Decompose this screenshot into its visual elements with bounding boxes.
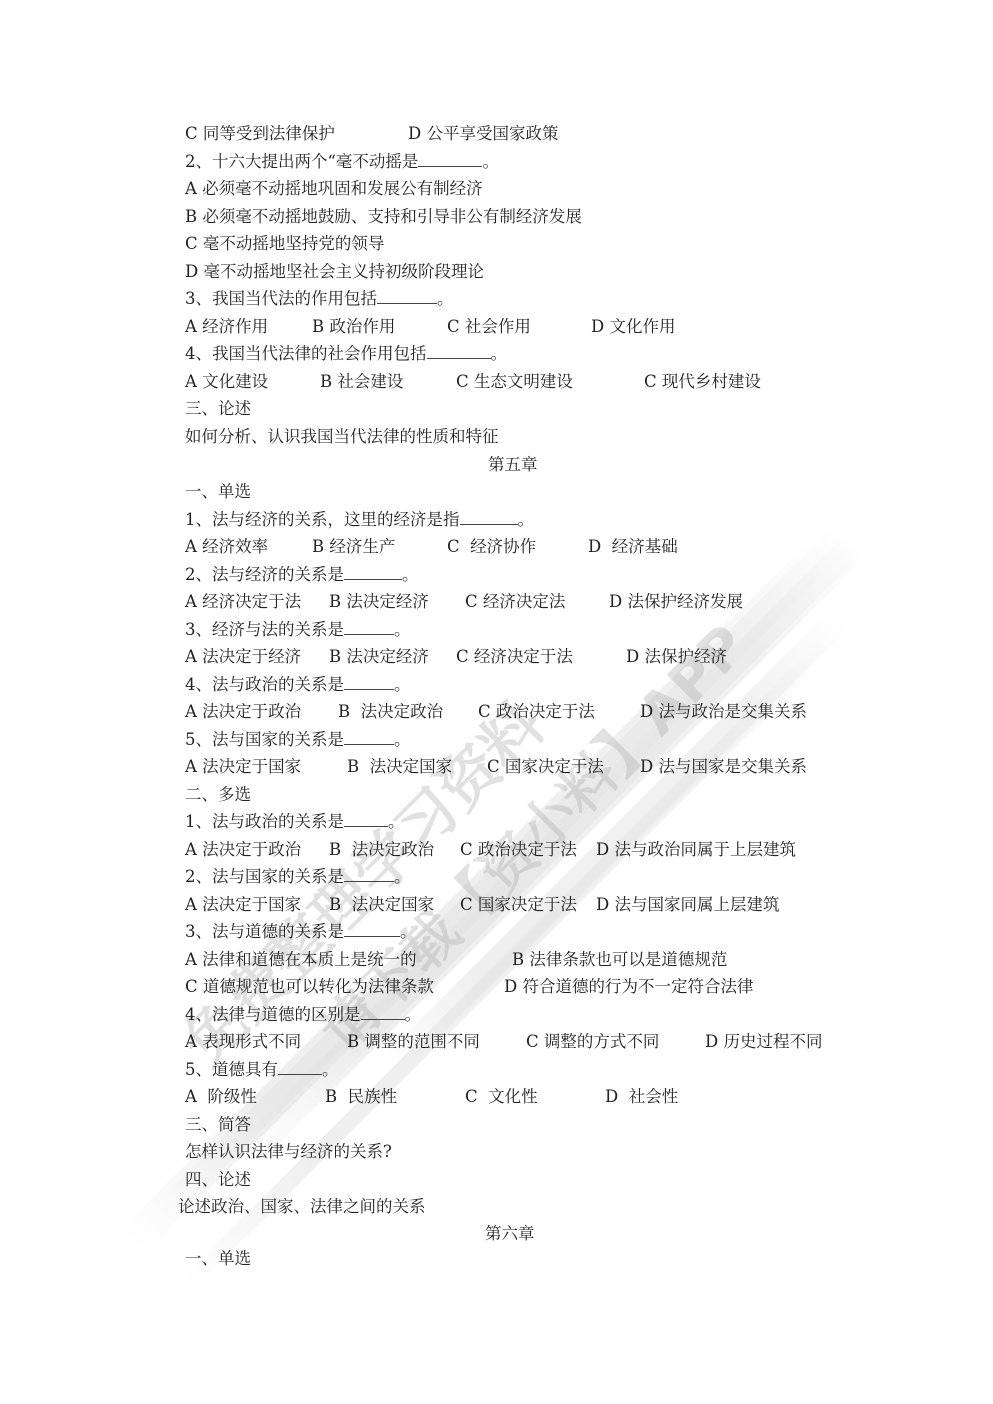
text-line: 一、单选 bbox=[185, 481, 251, 503]
document-page: 免费整理学习资料请下载【资小料】APP C 同等受到法律保护D 公平享受国家政策… bbox=[0, 0, 993, 1404]
line-text: 第五章 bbox=[488, 455, 538, 474]
question-text: 4、法与政治的关系是。 bbox=[185, 674, 411, 696]
line-text: 三、简答 bbox=[185, 1115, 251, 1134]
fill-blank bbox=[344, 730, 394, 745]
answer-option: B 调整的范围不同 bbox=[347, 1031, 480, 1053]
text-line: 二、多选 bbox=[185, 784, 251, 806]
question-text: 5、道德具有。 bbox=[185, 1059, 339, 1081]
chapter-heading: 第五章 bbox=[488, 454, 538, 476]
fill-blank bbox=[344, 922, 400, 937]
line-end-punctuation: 。 bbox=[437, 289, 454, 308]
question-text: 4、我国当代法律的社会作用包括。 bbox=[185, 343, 507, 365]
line-end-punctuation: 。 bbox=[491, 344, 508, 363]
text-line: 三、简答 bbox=[185, 1114, 251, 1136]
text-line: 怎样认识法律与经济的关系? bbox=[185, 1141, 392, 1163]
line-text: 3、经济与法的关系是 bbox=[185, 620, 344, 639]
text-line: A 必须毫不动摇地巩固和发展公有制经济 bbox=[185, 178, 483, 200]
line-text: 2、法与经济的关系是 bbox=[185, 565, 344, 584]
line-text: 4、法律与道德的区别是 bbox=[185, 1005, 361, 1024]
line-text: 2、法与国家的关系是 bbox=[185, 867, 344, 886]
answer-option: B 经济生产 bbox=[312, 536, 395, 558]
answer-option: C 调整的方式不同 bbox=[526, 1031, 659, 1053]
text-line: 一、单选 bbox=[185, 1248, 251, 1270]
line-text: 一、单选 bbox=[185, 1249, 251, 1268]
line-end-punctuation: 。 bbox=[405, 1005, 422, 1024]
line-text: 1、法与政治的关系是 bbox=[185, 812, 344, 831]
answer-option: D 法保护经济发展 bbox=[609, 591, 743, 613]
answer-option: B 法决定经济 bbox=[329, 646, 429, 668]
answer-option: D 公平享受国家政策 bbox=[408, 123, 558, 145]
answer-option: A 阶级性 bbox=[185, 1086, 257, 1108]
answer-option: A 法决定于政治 bbox=[185, 839, 301, 861]
answer-option: B 社会建设 bbox=[320, 371, 403, 393]
answer-option: D 法与国家同属上层建筑 bbox=[596, 894, 779, 916]
line-text: 四、论述 bbox=[185, 1170, 251, 1189]
fill-blank bbox=[344, 565, 402, 580]
answer-option: A 法决定于国家 bbox=[185, 756, 301, 778]
line-end-punctuation: 。 bbox=[394, 675, 411, 694]
line-text: 一、单选 bbox=[185, 482, 251, 501]
answer-option: A 经济决定于法 bbox=[185, 591, 301, 613]
question-text: 4、法律与道德的区别是。 bbox=[185, 1004, 421, 1026]
line-text: 怎样认识法律与经济的关系? bbox=[185, 1142, 392, 1161]
line-text: 5、法与国家的关系是 bbox=[185, 730, 344, 749]
fill-blank bbox=[361, 1005, 405, 1020]
line-end-punctuation: 。 bbox=[402, 565, 419, 584]
answer-option: B 法决定政治 bbox=[329, 839, 434, 861]
answer-option: C 经济决定法 bbox=[465, 591, 565, 613]
answer-option: C 现代乡村建设 bbox=[644, 371, 761, 393]
answer-option: B 法律条款也可以是道德规范 bbox=[512, 949, 727, 971]
fill-blank bbox=[344, 675, 394, 690]
answer-option: B 法决定政治 bbox=[338, 701, 443, 723]
answer-option: C 经济协作 bbox=[447, 536, 536, 558]
answer-option: A 表现形式不同 bbox=[185, 1031, 301, 1053]
answer-option: B 法决定国家 bbox=[329, 894, 434, 916]
answer-option: D 历史过程不同 bbox=[705, 1031, 822, 1053]
line-text: 2、十六大提出两个“毫不动摇是 bbox=[185, 152, 418, 171]
text-line: D 毫不动摇地坚社会主义持初级阶段理论 bbox=[185, 261, 484, 283]
answer-option: C 道德规范也可以转化为法律条款 bbox=[185, 976, 434, 998]
question-text: 2、法与经济的关系是。 bbox=[185, 564, 419, 586]
answer-option: D 经济基础 bbox=[588, 536, 678, 558]
fill-blank bbox=[344, 620, 394, 635]
question-text: 1、法与政治的关系是。 bbox=[185, 811, 405, 833]
line-text: D 毫不动摇地坚社会主义持初级阶段理论 bbox=[185, 262, 484, 281]
text-line: 四、论述 bbox=[185, 1169, 251, 1191]
line-end-punctuation: 。 bbox=[322, 1060, 339, 1079]
answer-option: D 法与政治同属于上层建筑 bbox=[596, 839, 796, 861]
fill-blank bbox=[418, 152, 482, 167]
answer-option: A 文化建设 bbox=[185, 371, 268, 393]
answer-option: B 民族性 bbox=[325, 1086, 397, 1108]
line-end-punctuation: 。 bbox=[400, 922, 417, 941]
line-text: 三、论述 bbox=[185, 399, 251, 418]
line-text: A 必须毫不动摇地巩固和发展公有制经济 bbox=[185, 179, 483, 198]
answer-option: A 经济作用 bbox=[185, 316, 268, 338]
line-end-punctuation: 。 bbox=[518, 510, 535, 529]
question-text: 2、十六大提出两个“毫不动摇是。 bbox=[185, 151, 499, 173]
question-text: 2、法与国家的关系是。 bbox=[185, 866, 411, 888]
line-end-punctuation: 。 bbox=[394, 730, 411, 749]
line-text: 4、我国当代法律的社会作用包括 bbox=[185, 344, 427, 363]
answer-option: C 国家决定于法 bbox=[460, 894, 577, 916]
text-line: C 毫不动摇地坚持党的领导 bbox=[185, 233, 384, 255]
answer-option: C 政治决定于法 bbox=[478, 701, 595, 723]
line-text: 3、法与道德的关系是 bbox=[185, 922, 344, 941]
line-text: 4、法与政治的关系是 bbox=[185, 675, 344, 694]
answer-option: D 文化作用 bbox=[591, 316, 675, 338]
line-text: 论述政治、国家、法律之间的关系 bbox=[178, 1197, 426, 1216]
answer-option: D 法与国家是交集关系 bbox=[640, 756, 807, 778]
answer-option: D 社会性 bbox=[605, 1086, 678, 1108]
fill-blank bbox=[427, 344, 491, 359]
text-line: 论述政治、国家、法律之间的关系 bbox=[178, 1196, 426, 1218]
line-text: 1、法与经济的关系，这里的经济是指 bbox=[185, 510, 460, 529]
answer-option: A 法决定于国家 bbox=[185, 894, 301, 916]
fill-blank bbox=[344, 867, 394, 882]
line-end-punctuation: 。 bbox=[388, 812, 405, 831]
answer-option: D 法与政治是交集关系 bbox=[640, 701, 807, 723]
text-line: 如何分析、认识我国当代法律的性质和特征 bbox=[185, 426, 499, 448]
answer-option: B 法决定经济 bbox=[329, 591, 429, 613]
line-text: 3、我国当代法的作用包括 bbox=[185, 289, 377, 308]
line-text: 二、多选 bbox=[185, 785, 251, 804]
answer-option: C 经济决定于法 bbox=[456, 646, 573, 668]
answer-option: B 法决定国家 bbox=[347, 756, 452, 778]
text-line: B 必须毫不动摇地鼓励、支持和引导非公有制经济发展 bbox=[185, 206, 582, 228]
answer-option: A 法决定于经济 bbox=[185, 646, 301, 668]
text-line: 三、论述 bbox=[185, 398, 251, 420]
answer-option: C 文化性 bbox=[465, 1086, 538, 1108]
line-end-punctuation: 。 bbox=[482, 152, 499, 171]
line-end-punctuation: 。 bbox=[394, 620, 411, 639]
question-text: 3、法与道德的关系是。 bbox=[185, 921, 417, 943]
answer-option: C 政治决定于法 bbox=[460, 839, 577, 861]
answer-option: C 同等受到法律保护 bbox=[185, 123, 335, 145]
chapter-heading: 第六章 bbox=[485, 1223, 535, 1245]
line-text: 如何分析、认识我国当代法律的性质和特征 bbox=[185, 427, 499, 446]
answer-option: A 法律和道德在本质上是统一的 bbox=[185, 949, 417, 971]
fill-blank bbox=[278, 1060, 322, 1075]
answer-option: D 法保护经济 bbox=[626, 646, 727, 668]
question-text: 3、经济与法的关系是。 bbox=[185, 619, 411, 641]
answer-option: A 经济效率 bbox=[185, 536, 268, 558]
answer-option: B 政治作用 bbox=[312, 316, 395, 338]
answer-option: C 生态文明建设 bbox=[456, 371, 573, 393]
line-text: 5、道德具有 bbox=[185, 1060, 278, 1079]
line-text: 第六章 bbox=[485, 1224, 535, 1243]
line-end-punctuation: 。 bbox=[394, 867, 411, 886]
line-text: C 毫不动摇地坚持党的领导 bbox=[185, 234, 384, 253]
fill-blank bbox=[460, 510, 518, 525]
answer-option: A 法决定于政治 bbox=[185, 701, 301, 723]
question-text: 3、我国当代法的作用包括。 bbox=[185, 288, 454, 310]
question-text: 1、法与经济的关系，这里的经济是指。 bbox=[185, 509, 534, 531]
answer-option: C 社会作用 bbox=[447, 316, 531, 338]
line-text: B 必须毫不动摇地鼓励、支持和引导非公有制经济发展 bbox=[185, 207, 582, 226]
answer-option: C 国家决定于法 bbox=[487, 756, 604, 778]
fill-blank bbox=[344, 812, 388, 827]
answer-option: D 符合道德的行为不一定符合法律 bbox=[504, 976, 753, 998]
question-text: 5、法与国家的关系是。 bbox=[185, 729, 411, 751]
fill-blank bbox=[377, 289, 437, 304]
